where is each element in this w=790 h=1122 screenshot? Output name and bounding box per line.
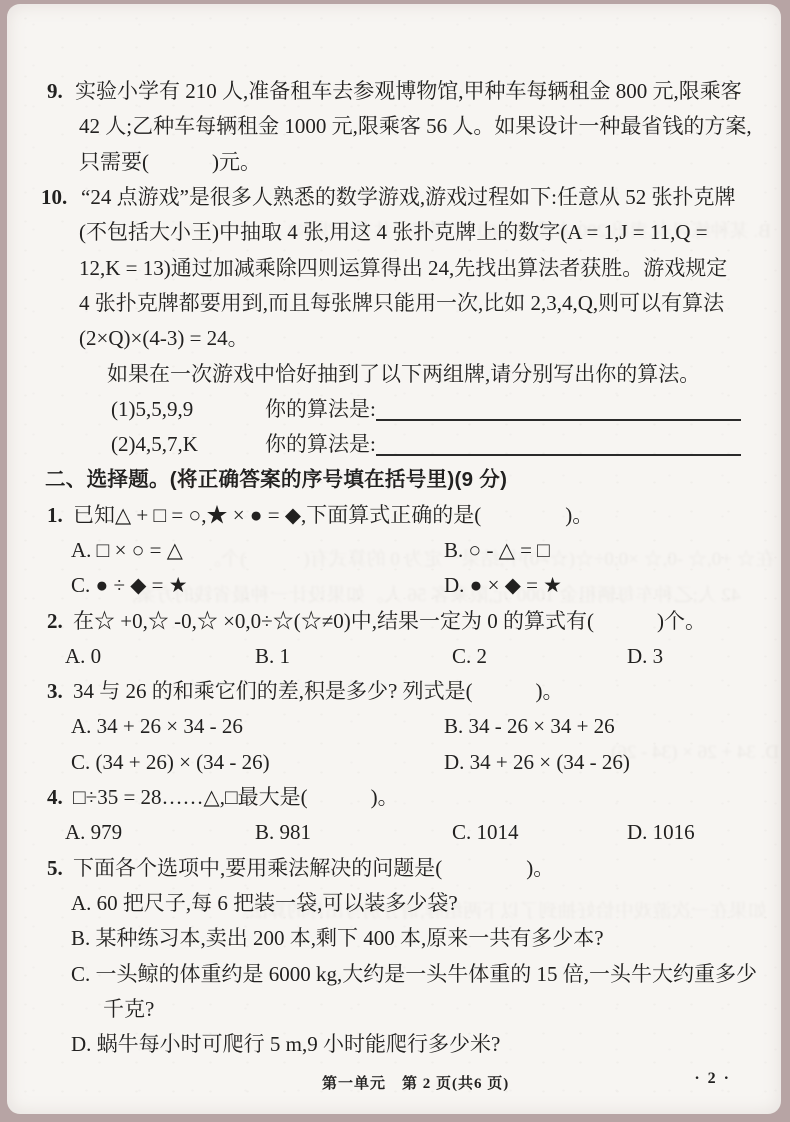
question-10-line4: 4 张扑克牌都要用到,而且每张牌只能用一次,比如 2,3,4,Q,则可以有算法: [7, 286, 781, 321]
choice-2-option-d: D. 3: [627, 646, 663, 667]
choice-4-option-a: A. 979: [65, 822, 255, 843]
choice-3-option-b: B. 34 - 26 × 34 + 26: [444, 716, 615, 737]
subitem-2-cards: (2)4,5,7,K: [111, 434, 265, 455]
section-2-header: 二、选择题。(将正确答案的序号填在括号里)(9 分): [7, 462, 781, 497]
book-page-photo: B. 某种练习本,卖出 200 本,剩下 400 本,原来一共有多少本? 在☆ …: [0, 0, 790, 1122]
choice-1-option-a: A. □ × ○ = △: [71, 540, 444, 561]
choice-5-option-d-row: D. 蜗牛每小时可爬行 5 m,9 小时能爬行多少米?: [7, 1027, 781, 1062]
question-10: 10.“24 点游戏”是很多人熟悉的数学游戏,游戏过程如下:任意从 52 张扑克…: [7, 180, 781, 215]
choice-5-option-a-row: A. 60 把尺子,每 6 把装一袋,可以装多少袋?: [7, 886, 781, 921]
question-10-text-line2: (不包括大小王)中抽取 4 张,用这 4 张扑克牌上的数字(A = 1,J = …: [79, 222, 708, 243]
choice-3-question: 34 与 26 的和乘它们的差,积是多少? 列式是( )。: [73, 681, 564, 702]
choice-4-option-d: D. 1016: [627, 822, 695, 843]
question-10-subitem-2: (2)4,5,7,K你的算法是:: [7, 427, 781, 462]
question-10-line3: 12,K = 13)通过加减乘除四则运算得出 24,先找出算法者获胜。游戏规定: [7, 250, 781, 285]
question-10-text-line1: “24 点游戏”是很多人熟悉的数学游戏,游戏过程如下:任意从 52 张扑克牌: [81, 187, 735, 208]
subitem-1-cards: (1)5,5,9,9: [111, 399, 265, 420]
choice-4-question: □÷35 = 28……△,□最大是( )。: [73, 787, 399, 808]
question-10-line2: (不包括大小王)中抽取 4 张,用这 4 张扑克牌上的数字(A = 1,J = …: [7, 215, 781, 250]
choice-3: 3.34 与 26 的和乘它们的差,积是多少? 列式是( )。: [7, 674, 781, 709]
test-paper-content: 9.实验小学有 210 人,准备租车去参观博物馆,甲种车每辆租金 800 元,限…: [7, 74, 781, 1062]
choice-4-number: 4.: [47, 787, 73, 808]
choice-1-number: 1.: [47, 505, 73, 526]
choice-1-options-cd: C. ● ÷ ◆ = ★D. ● × ◆ = ★: [7, 568, 781, 603]
choice-5-option-c-line2: 千克?: [103, 999, 154, 1020]
choice-3-options-ab: A. 34 + 26 × 34 - 26B. 34 - 26 × 34 + 26: [7, 709, 781, 744]
question-10-text-line4: 4 张扑克牌都要用到,而且每张牌只能用一次,比如 2,3,4,Q,则可以有算法: [79, 293, 724, 314]
choice-2: 2.在☆ +0,☆ -0,☆ ×0,0÷☆(☆≠0)中,结果一定为 0 的算式有…: [7, 603, 781, 638]
choice-5-question: 下面各个选项中,要用乘法解决的问题是( )。: [73, 858, 554, 879]
question-9-number: 9.: [47, 81, 75, 102]
question-9: 9.实验小学有 210 人,准备租车去参观博物馆,甲种车每辆租金 800 元,限…: [7, 74, 781, 109]
choice-4-options: A. 979B. 981C. 1014D. 1016: [7, 815, 781, 850]
choice-5-option-a: A. 60 把尺子,每 6 把装一袋,可以装多少袋?: [71, 893, 458, 914]
subitem-1-answer-blank: [376, 419, 741, 421]
footer-page-number: · 2 ·: [694, 1070, 731, 1088]
choice-2-option-b: B. 1: [255, 646, 452, 667]
choice-2-option-a: A. 0: [65, 646, 255, 667]
question-10-text-line3: 12,K = 13)通过加减乘除四则运算得出 24,先找出算法者获胜。游戏规定: [79, 258, 727, 279]
question-9-text-line2: 42 人;乙种车每辆租金 1000 元,限乘客 56 人。如果设计一种最省钱的方…: [79, 116, 752, 137]
section-2-title: 二、选择题。(将正确答案的序号填在括号里)(9 分): [45, 470, 507, 491]
question-9-text-line1: 实验小学有 210 人,准备租车去参观博物馆,甲种车每辆租金 800 元,限乘客: [75, 81, 742, 102]
question-10-line5: (2×Q)×(4-3) = 24。: [7, 321, 781, 356]
choice-1-option-b: B. ○ - △ = □: [444, 540, 550, 561]
page-footer: 第一单元 第 2 页(共6 页) · 2 ·: [7, 1068, 781, 1092]
question-10-subitem-1: (1)5,5,9,9你的算法是:: [7, 392, 781, 427]
choice-3-option-d: D. 34 + 26 × (34 - 26): [444, 752, 630, 773]
choice-5-number: 5.: [47, 858, 73, 879]
choice-2-number: 2.: [47, 611, 73, 632]
choice-5-option-c-row: C. 一头鲸的体重约是 6000 kg,大约是一头牛体重的 15 倍,一头牛大约…: [7, 956, 781, 991]
subitem-2-answer-label: 你的算法是:: [265, 434, 376, 455]
choice-2-question: 在☆ +0,☆ -0,☆ ×0,0÷☆(☆≠0)中,结果一定为 0 的算式有( …: [73, 611, 706, 632]
footer-unit-page-info: 第一单元 第 2 页(共6 页): [322, 1072, 509, 1093]
question-9-line2: 42 人;乙种车每辆租金 1000 元,限乘客 56 人。如果设计一种最省钱的方…: [7, 109, 781, 144]
choice-1: 1.已知△ + □ = ○,★ × ● = ◆,下面算式正确的是( )。: [7, 498, 781, 533]
choice-3-option-c: C. (34 + 26) × (34 - 26): [71, 752, 444, 773]
paper: B. 某种练习本,卖出 200 本,剩下 400 本,原来一共有多少本? 在☆ …: [7, 4, 781, 1114]
choice-5-option-d: D. 蜗牛每小时可爬行 5 m,9 小时能爬行多少米?: [71, 1034, 500, 1055]
choice-5-option-c-wrap-row: 千克?: [7, 992, 781, 1027]
choice-3-option-a: A. 34 + 26 × 34 - 26: [71, 716, 444, 737]
choice-3-options-cd: C. (34 + 26) × (34 - 26)D. 34 + 26 × (34…: [7, 745, 781, 780]
choice-3-number: 3.: [47, 681, 73, 702]
choice-5-option-b-row: B. 某种练习本,卖出 200 本,剩下 400 本,原来一共有多少本?: [7, 921, 781, 956]
choice-5-option-c-line1: C. 一头鲸的体重约是 6000 kg,大约是一头牛体重的 15 倍,一头牛大约…: [71, 964, 757, 985]
choice-4-option-c: C. 1014: [452, 822, 627, 843]
choice-2-options: A. 0B. 1C. 2D. 3: [7, 639, 781, 674]
choice-1-options-ab: A. □ × ○ = △B. ○ - △ = □: [7, 533, 781, 568]
choice-4-option-b: B. 981: [255, 822, 452, 843]
choice-1-option-c: C. ● ÷ ◆ = ★: [71, 575, 444, 596]
question-10-number: 10.: [41, 187, 81, 208]
choice-1-option-d: D. ● × ◆ = ★: [444, 575, 562, 596]
choice-5-option-b: B. 某种练习本,卖出 200 本,剩下 400 本,原来一共有多少本?: [71, 928, 604, 949]
question-10-example-expression: (2×Q)×(4-3) = 24。: [79, 328, 249, 349]
choice-5: 5.下面各个选项中,要用乘法解决的问题是( )。: [7, 851, 781, 886]
choice-4: 4.□÷35 = 28……△,□最大是( )。: [7, 780, 781, 815]
choice-1-question: 已知△ + □ = ○,★ × ● = ◆,下面算式正确的是( )。: [73, 505, 593, 526]
subitem-2-answer-blank: [376, 454, 741, 456]
question-10-instruction: 如果在一次游戏中恰好抽到了以下两组牌,请分别写出你的算法。: [7, 356, 781, 391]
question-10-instruction-text: 如果在一次游戏中恰好抽到了以下两组牌,请分别写出你的算法。: [107, 364, 700, 385]
choice-2-option-c: C. 2: [452, 646, 627, 667]
question-9-text-line3: 只需要( )元。: [79, 152, 261, 173]
subitem-1-answer-label: 你的算法是:: [265, 399, 376, 420]
question-9-line3: 只需要( )元。: [7, 145, 781, 180]
